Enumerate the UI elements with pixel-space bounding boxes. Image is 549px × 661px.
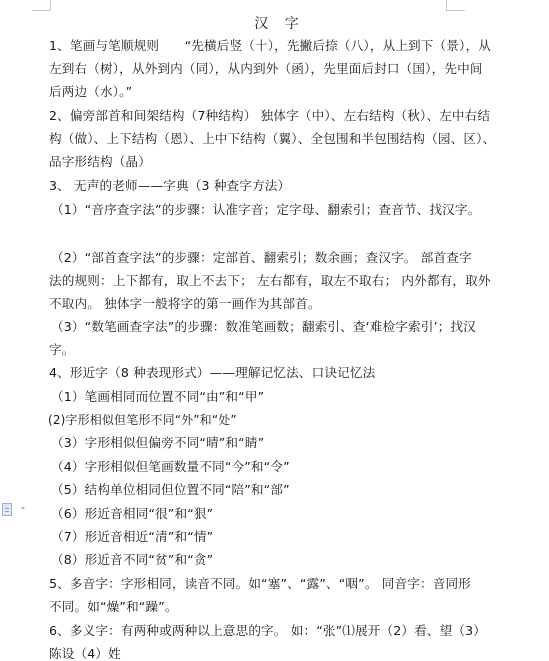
text-line: 6、多义字：有两种或两种以上意思的字。 如：“张”⑴展开（2）看、望（3）: [49, 623, 486, 639]
text-line: 不同。如“燥”和“躁”。: [49, 599, 178, 615]
margin-mark-top-right-h: [446, 10, 465, 11]
text-line: 2、偏旁部首和间架结构（7种结构） 独体字（中）、左右结构（秋）、左中右结: [49, 108, 490, 124]
list-item: (2)字形相似但笔形不同“外”和“处”: [48, 412, 237, 428]
list-item: （7）形近音相近“清”和“情”: [51, 529, 213, 545]
list-item: （4）字形相似但笔画数量不同“今”和“令”: [51, 459, 290, 475]
paste-options-icon[interactable]: [2, 503, 12, 516]
text-line: 品字形结构（晶）: [49, 154, 151, 170]
document-title: 汉 字: [0, 15, 549, 33]
list-item: （1）笔画相同而位置不同“由”和“甲”: [51, 389, 264, 405]
text-line: 4、形近字（8 种表现形式）——理解记忆法、口诀记忆法: [49, 365, 375, 381]
margin-mark-top-right-v: [446, 0, 447, 11]
text-line: 字。: [49, 342, 75, 358]
list-item: （3）字形相似但偏旁不同“晴”和“睛”: [51, 435, 264, 451]
text-line: （2）“部首查字法”的步骤：定部首、翻索引；数余画；查汉字。 部首查字: [51, 250, 472, 266]
list-item: （5）结构单位相同但位置不同“陪”和“部”: [51, 482, 290, 498]
text-line: 构（做）、上下结构（恩）、上中下结构（翼）、全包围和半包围结构（园、区）、: [49, 131, 495, 147]
text-line: 左到右（树），从外到内（同），从内到外（函），先里面后封口（国），先中间: [49, 61, 483, 77]
text-line: （1）“音序查字法”的步骤：认准字音；定字母、翻索引；查音节、找汉字。: [51, 202, 480, 218]
text-line: 不取内。 独体字一般将字的第一画作为其部首。: [49, 296, 321, 312]
text-line: 5、多音字：字形相同，读音不同。如“塞”、“露”、“咽”。 同音字：音同形: [49, 576, 471, 592]
margin-mark-top-left-v: [50, 0, 51, 11]
text-line: 法的规则：上下都有，取上不去下； 左右都有，取左不取右； 内外都有，取外: [49, 273, 491, 289]
text-line: （3）“数笔画查字法”的步骤：数准笔画数；翻索引、查‘难检字索引’；找汉: [51, 319, 476, 335]
text-line: 1、笔画与笔顺规则 “先横后竖（十），先撇后捺（八），从上到下（景），从: [49, 38, 491, 54]
margin-mark-top-left-h: [32, 10, 50, 11]
text-line: 3、 无声的老师——字典（3 种查字方法）: [49, 178, 290, 194]
text-line: 后两边（水）。”: [49, 84, 132, 100]
list-item: （8）形近音不同“贫”和“贪”: [51, 552, 213, 568]
text-line: 陈设（4）姓: [49, 646, 121, 661]
chevron-down-icon[interactable]: [21, 507, 25, 510]
list-item: （6）形近音相同“很”和“狠”: [51, 506, 213, 522]
